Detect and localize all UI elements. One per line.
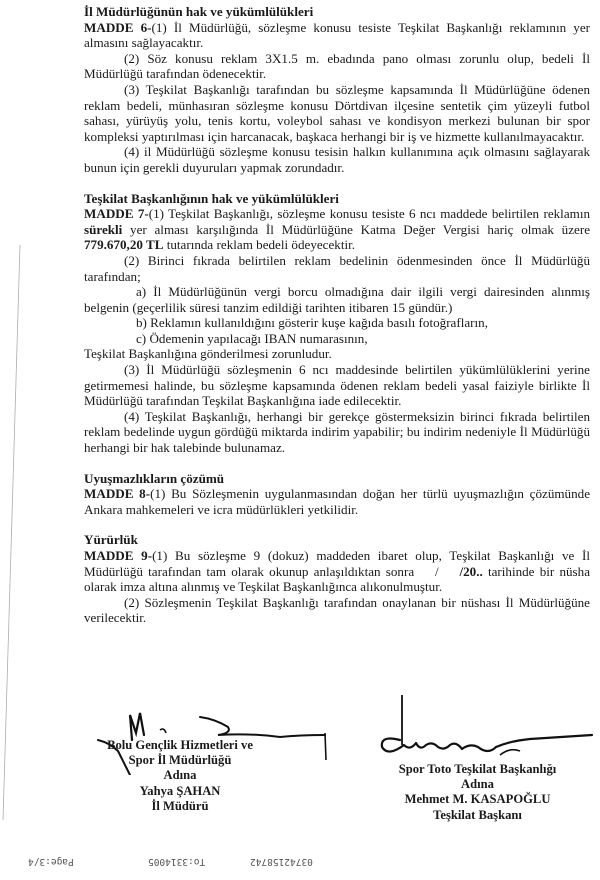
article-6-para-2: (2) Söz konusu reklam 3X1.5 m. ebadında … [84, 51, 590, 82]
article-7-item-c: c) Ödemenin yapılacağı IBAN numarasının, [84, 331, 590, 347]
article-7-para-4: (4) Teşkilat Başkanlığı, herhangi bir ge… [84, 409, 590, 456]
article-7-para-3: (3) İl Müdürlüğü sözleşmenin 6 ncı madde… [84, 362, 590, 409]
blank-date: /20.. [459, 564, 482, 579]
article-7-para-1: MADDE 7-(1) Teşkilat Başkanlığı, sözleşm… [84, 206, 590, 253]
signatory-name: Yahya ŞAHAN [95, 784, 265, 799]
section-heading-uyusmazlik: Uyuşmazlıkların çözümü [84, 471, 590, 487]
signatory-org-line-2: Spor İl Müdürlüğü [95, 753, 265, 768]
article-9-para-2: (2) Sözleşmenin Teşkilat Başkanlığı tara… [84, 595, 590, 626]
signatory-title: İl Müdürü [95, 799, 265, 814]
article-label: MADDE 6- [84, 20, 151, 35]
contract-amount: 779.670,20 TL [84, 237, 163, 252]
article-label: MADDE 7- [84, 206, 149, 221]
section-heading-yururluk: Yürürlük [84, 532, 590, 548]
article-label: MADDE 9- [84, 548, 152, 563]
signatory-title: Teşkilat Başkanı [380, 808, 575, 823]
article-7-item-tail: Teşkilat Başkanlığına gönderilmesi zorun… [84, 346, 590, 362]
article-6-para-3: (3) Teşkilat Başkanlığı tarafından bu sö… [84, 82, 590, 144]
article-8-para-1: MADDE 8-(1) Bu Sözleşmenin uygulanmasınd… [84, 486, 590, 517]
signatory-on-behalf: Adına [95, 768, 265, 783]
article-7-para-2: (2) Birinci fıkrada belirtilen reklam be… [84, 253, 590, 284]
fax-recipient-number: To:3314005 [148, 856, 205, 867]
section-heading-teskilat: Teşkilat Başkanlığının hak ve yükümlülük… [84, 191, 590, 207]
signatory-name: Mehmet M. KASAPOĞLU [380, 792, 575, 807]
scanned-contract-page: İl Müdürlüğünün hak ve yükümlülükleri MA… [0, 0, 600, 880]
signatory-org: Spor Toto Teşkilat Başkanlığı [380, 762, 575, 777]
signature-block-il-mudurlugu: Bolu Gençlik Hizmetleri ve Spor İl Müdür… [95, 738, 265, 814]
signature-block-teskilat-baskanligi: Spor Toto Teşkilat Başkanlığı Adına Mehm… [380, 762, 575, 823]
article-7-item-a: a) İl Müdürlüğünün vergi borcu olmadığın… [84, 284, 590, 315]
signatory-org-line-1: Bolu Gençlik Hizmetleri ve [95, 738, 265, 753]
signature-right-icon [370, 685, 600, 765]
fax-page-number: Page:3/4 [28, 856, 74, 867]
section-heading-il-mudurlugu: İl Müdürlüğünün hak ve yükümlülükleri [84, 4, 590, 20]
signatory-on-behalf: Adına [380, 777, 575, 792]
article-label: MADDE 8- [84, 486, 150, 501]
fax-sender-number: 03742158742 [250, 856, 313, 867]
article-6-para-1: MADDE 6-(1) İl Müdürlüğü, sözleşme konus… [84, 20, 590, 51]
article-9-para-1: MADDE 9-(1) Bu sözleşme 9 (dokuz) madded… [84, 548, 590, 595]
article-6-para-4: (4) il Müdürlüğü sözleşme konusu tesisin… [84, 144, 590, 175]
article-7-item-b: b) Reklamın kullanıldığını gösterir kuşe… [84, 315, 590, 331]
document-body: İl Müdürlüğünün hak ve yükümlülükleri MA… [84, 4, 590, 626]
